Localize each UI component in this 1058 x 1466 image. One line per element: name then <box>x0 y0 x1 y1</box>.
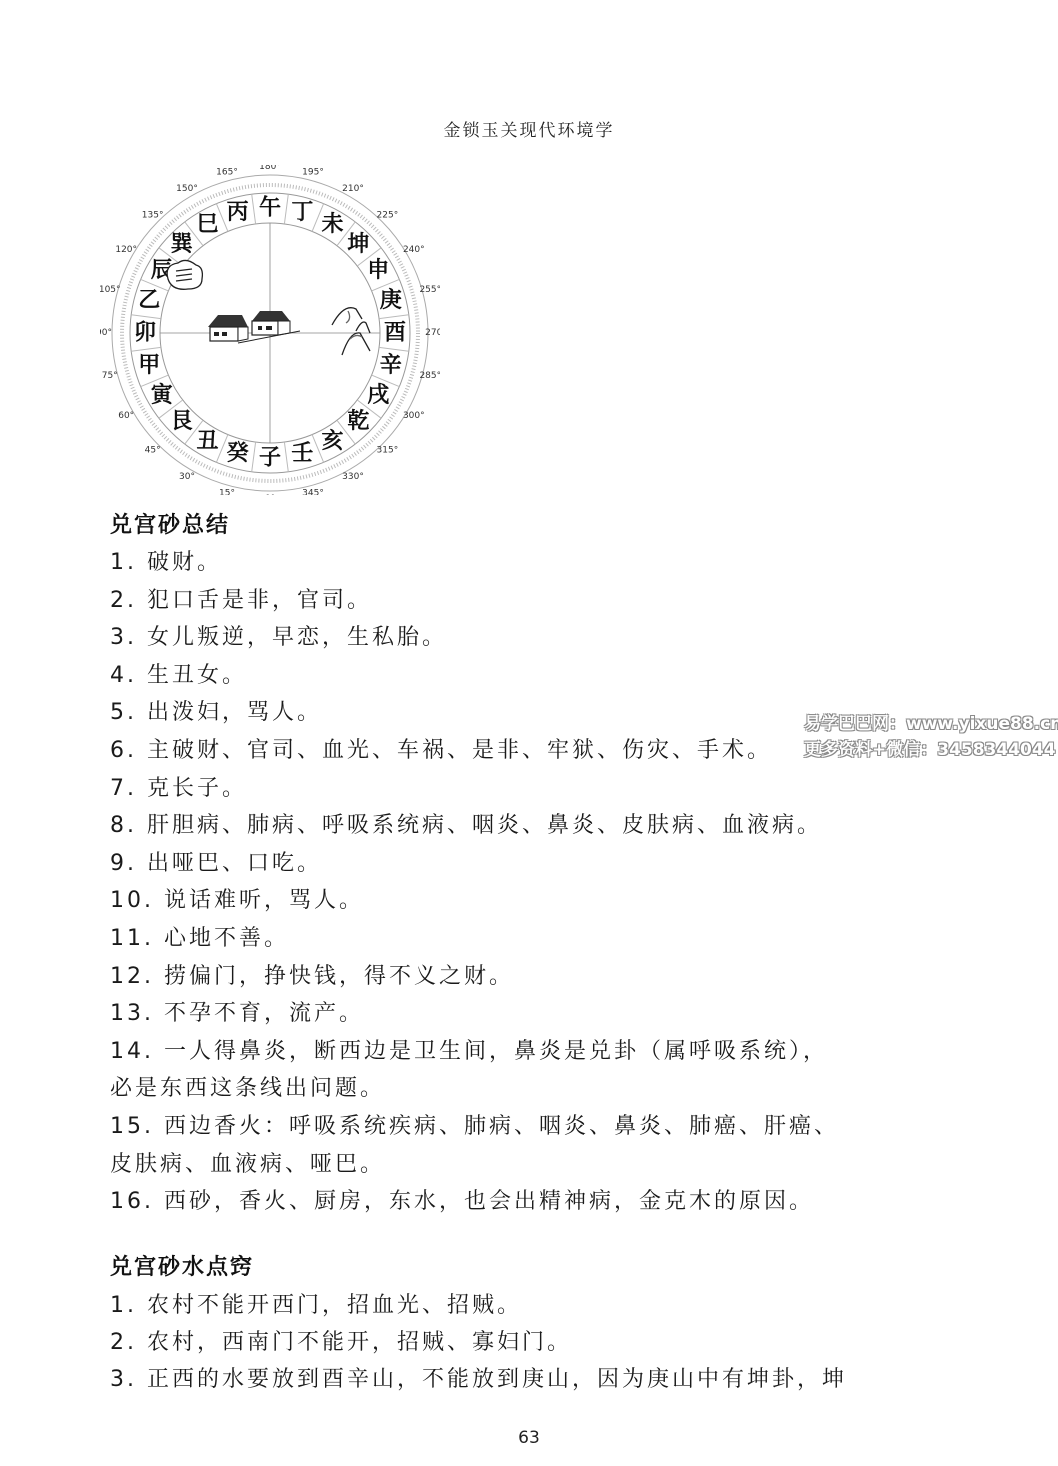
watermark-contact: 更多资料+微信：3458344044 <box>804 735 1056 760</box>
degree-label: 45° <box>145 445 161 455</box>
degree-label: 225° <box>377 211 399 221</box>
degree-label: 90° <box>100 328 112 338</box>
degree-label: 15° <box>219 488 235 495</box>
mountain-label: 巽 <box>171 232 194 257</box>
degree-label: 30° <box>179 472 195 482</box>
list-item: 3. 正西的水要放到酉辛山，不能放到庚山，因为庚山中有坤卦，坤 <box>110 1362 847 1393</box>
mountain-label: 巳 <box>196 212 218 237</box>
section-heading-tips: 兑宫砂水点窍 <box>110 1250 254 1281</box>
degree-label: 270° <box>425 328 440 338</box>
list-item: 3. 女儿叛逆，早恋，生私胎。 <box>110 620 447 651</box>
mountain-label: 丁 <box>291 200 313 225</box>
list-item: 4. 生丑女。 <box>110 658 247 689</box>
list-item: 9. 出哑巴、口吃。 <box>110 846 322 877</box>
degree-label: 60° <box>118 411 134 421</box>
houses-icon <box>208 311 300 343</box>
mountain-label: 艮 <box>171 409 193 434</box>
section-heading-summary: 兑宫砂总结 <box>110 508 230 539</box>
list-item: 5. 出泼妇，骂人。 <box>110 695 322 726</box>
degree-label: 195° <box>302 168 324 178</box>
mountain-label: 丑 <box>196 429 218 454</box>
list-item: 13. 不孕不育，流产。 <box>110 996 364 1027</box>
mountain-label: 寅 <box>151 382 174 408</box>
list-item: 1. 农村不能开西门，招血光、招贼。 <box>110 1288 522 1319</box>
mountain-label: 戌 <box>367 383 389 408</box>
mountain-label: 庚 <box>380 287 402 313</box>
list-item: 11. 心地不善。 <box>110 921 289 952</box>
list-item: 2. 犯口舌是非，官司。 <box>110 583 372 614</box>
degree-label: 75° <box>102 371 118 381</box>
mountain-label: 午 <box>259 195 281 221</box>
mountain-label: 甲 <box>138 353 160 378</box>
mountain-label: 酉 <box>384 321 406 346</box>
mountain-label: 卯 <box>134 320 156 346</box>
degree-label: 120° <box>115 245 137 255</box>
degree-label: 180° <box>259 165 281 172</box>
degree-label: 105° <box>100 285 121 295</box>
list-item: 2. 农村，西南门不能开，招贼、寡妇门。 <box>110 1325 572 1356</box>
mountain-label: 申 <box>367 257 389 283</box>
compass-diagram: 午丁未坤申庚酉辛戌乾亥壬子癸丑艮寅甲卯乙辰巽巳丙 180°195°210°225… <box>100 165 440 495</box>
mountain-label: 乙 <box>138 288 160 313</box>
list-item: 7. 克长子。 <box>110 771 247 802</box>
mountain-label: 未 <box>321 211 343 237</box>
mountain-label: 乾 <box>347 408 369 434</box>
watermark-site: 易学巴巴网：www.yixue88.cn <box>804 709 1058 734</box>
page-number: 63 <box>0 1428 1058 1448</box>
degree-label: 135° <box>142 211 164 221</box>
degree-label: 0° <box>265 494 275 495</box>
list-item: 16. 西砂，香火、厨房，东水，也会出精神病，金克木的原因。 <box>110 1184 814 1215</box>
mountain-label: 丙 <box>227 200 249 225</box>
degree-label: 300° <box>403 411 425 421</box>
list-item: 皮肤病、血液病、哑巴。 <box>110 1147 385 1178</box>
degree-label: 150° <box>176 184 198 194</box>
list-item: 1. 破财。 <box>110 545 222 576</box>
list-item: 6. 主破财、官司、血光、车祸、是非、牢狱、伤灾、手术。 <box>110 733 772 764</box>
mountain-label: 亥 <box>321 428 343 454</box>
degree-label: 330° <box>342 472 364 482</box>
degree-label: 240° <box>403 245 425 255</box>
mountains-icon <box>332 308 370 355</box>
mountain-label: 坤 <box>347 232 369 257</box>
mountain-label: 壬 <box>291 441 313 466</box>
degree-label: 255° <box>419 285 440 295</box>
mountain-label: 子 <box>259 446 281 471</box>
list-item: 10. 说话难听，骂人。 <box>110 883 364 914</box>
cloud-trigram-icon <box>167 260 202 289</box>
degree-label: 210° <box>342 184 364 194</box>
degree-label: 165° <box>216 168 238 178</box>
mountain-label: 癸 <box>227 440 249 466</box>
running-header: 金锁玉关现代环境学 <box>0 116 1058 141</box>
list-item: 12. 捞偏门，挣快钱，得不义之财。 <box>110 959 514 990</box>
list-item: 15. 西边香火：呼吸系统疾病、肺病、咽炎、鼻炎、肺癌、肝癌、 <box>110 1109 839 1140</box>
degree-label: 345° <box>302 488 324 495</box>
degree-label: 315° <box>377 445 399 455</box>
list-item: 必是东西这条线出问题。 <box>110 1071 385 1102</box>
list-item: 8. 肝胆病、肺病、呼吸系统病、咽炎、鼻炎、皮肤病、血液病。 <box>110 808 822 839</box>
list-item: 14. 一人得鼻炎，断西边是卫生间，鼻炎是兑卦（属呼吸系统）， <box>110 1034 828 1065</box>
mountain-label: 辛 <box>380 353 402 378</box>
degree-label: 285° <box>419 371 440 381</box>
